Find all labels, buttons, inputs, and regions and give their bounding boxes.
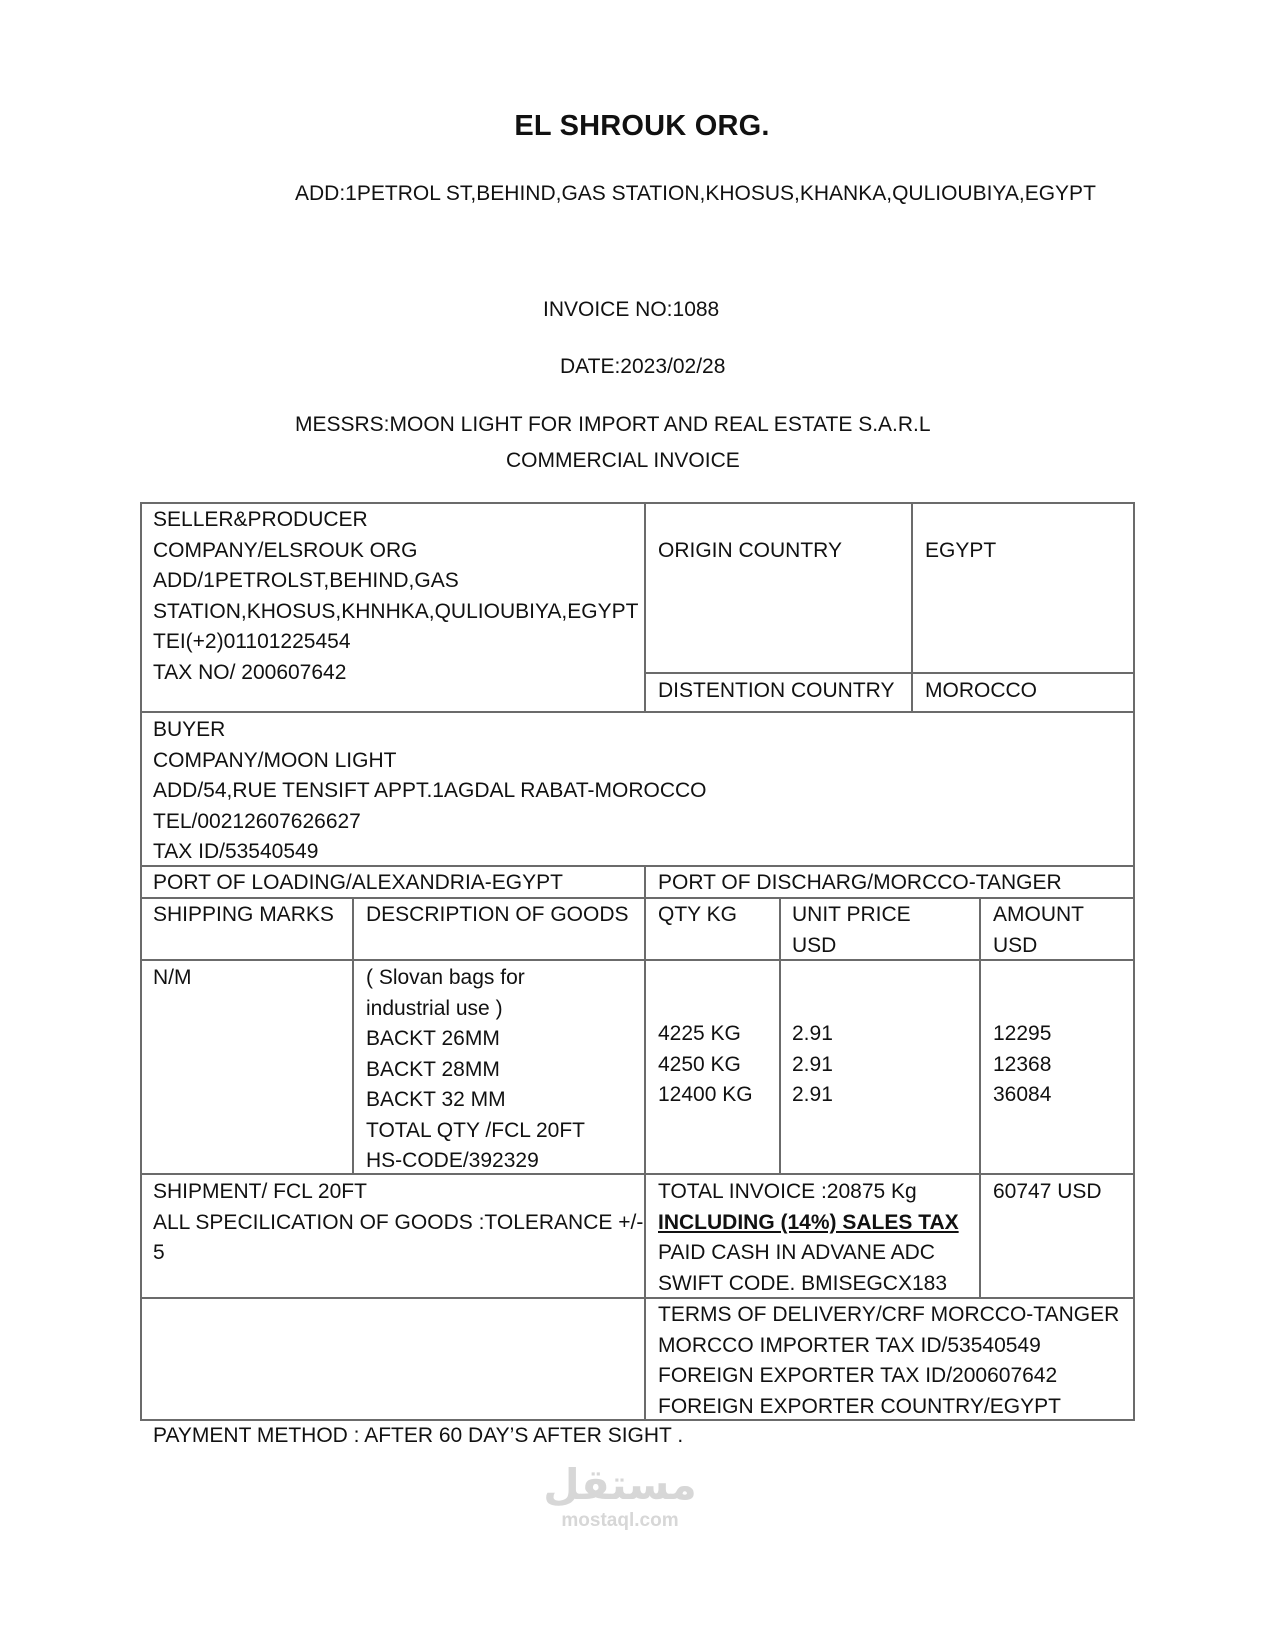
document-type: COMMERCIAL INVOICE (506, 449, 740, 473)
watermark-logo: مستقل (540, 1460, 700, 1510)
description-line: BACKT 26MM (366, 1024, 585, 1055)
shipment-block: SHIPMENT/ FCL 20FT ALL SPECILICATION OF … (153, 1177, 643, 1269)
table-divider (911, 502, 913, 713)
qty-value: 12400 KG (658, 1080, 753, 1111)
header-amount-line: USD (993, 931, 1084, 962)
header-amount: AMOUNT USD (993, 900, 1084, 961)
seller-line: TEI(+2)01101225454 (153, 627, 638, 658)
unit-price-value: 2.91 (792, 1050, 833, 1081)
qty-value: 4250 KG (658, 1050, 753, 1081)
company-title: EL SHROUK ORG. (0, 110, 1284, 143)
amount-value: 36084 (993, 1080, 1051, 1111)
messrs-line: MESSRS:MOON LIGHT FOR IMPORT AND REAL ES… (295, 413, 931, 437)
terms-line: TERMS OF DELIVERY/CRF MORCCO-TANGER (658, 1300, 1119, 1331)
terms-block: TERMS OF DELIVERY/CRF MORCCO-TANGER MORC… (658, 1300, 1119, 1422)
terms-line: MORCCO IMPORTER TAX ID/53540549 (658, 1331, 1119, 1362)
port-of-discharge: PORT OF DISCHARG/MORCCO-TANGER (658, 868, 1062, 899)
table-divider (140, 1297, 1135, 1299)
origin-country-value: EGYPT (925, 536, 996, 567)
seller-line: STATION,KHOSUS,KHNHKA,QULIOUBIYA,EGYPT (153, 597, 638, 628)
header-amount-line: AMOUNT (993, 900, 1084, 931)
buyer-line: TAX ID/53540549 (153, 837, 707, 868)
header-description: DESCRIPTION OF GOODS (366, 900, 629, 931)
buyer-block: BUYER COMPANY/MOON LIGHT ADD/54,RUE TENS… (153, 715, 707, 868)
payment-method: PAYMENT METHOD : AFTER 60 DAY’S AFTER SI… (153, 1424, 683, 1448)
shipping-marks-value: N/M (153, 963, 192, 994)
table-divider (644, 865, 646, 1421)
total-invoice-block: TOTAL INVOICE :20875 Kg INCLUDING (14%) … (658, 1177, 959, 1299)
qty-column: 4225 KG 4250 KG 12400 KG (658, 1019, 753, 1111)
company-address: ADD:1PETROL ST,BEHIND,GAS STATION,KHOSUS… (295, 182, 1096, 206)
seller-line: SELLER&PRODUCER (153, 505, 638, 536)
swift-code: SWIFT CODE. BMISEGCX183 (658, 1269, 959, 1300)
description-block: ( Slovan bags for industrial use ) BACKT… (366, 963, 585, 1177)
table-divider (140, 959, 1135, 961)
header-unit-price-line: UNIT PRICE (792, 900, 911, 931)
description-line: industrial use ) (366, 994, 585, 1025)
watermark: مستقل mostaql.com (540, 1460, 700, 1532)
table-divider (645, 672, 1135, 674)
watermark-url: mostaql.com (540, 1510, 700, 1532)
header-shipping-marks: SHIPPING MARKS (153, 900, 334, 931)
description-line: HS-CODE/392329 (366, 1146, 585, 1177)
seller-line: ADD/1PETROLST,BEHIND,GAS (153, 566, 638, 597)
destination-country-label: DISTENTION COUNTRY (658, 676, 894, 707)
table-divider (779, 897, 781, 1175)
shipment-line: 5 (153, 1238, 643, 1269)
buyer-line: TEL/00212607626627 (153, 807, 707, 838)
invoice-date: DATE:2023/02/28 (560, 355, 725, 379)
terms-line: FOREIGN EXPORTER TAX ID/200607642 (658, 1361, 1119, 1392)
table-divider (979, 897, 981, 1299)
header-unit-price-line: USD (792, 931, 911, 962)
shipment-line: SHIPMENT/ FCL 20FT (153, 1177, 643, 1208)
amount-column: 12295 12368 36084 (993, 1019, 1051, 1111)
sales-tax-note: INCLUDING (14%) SALES TAX (658, 1208, 959, 1239)
buyer-line: ADD/54,RUE TENSIFT APPT.1AGDAL RABAT-MOR… (153, 776, 707, 807)
seller-line: COMPANY/ELSROUK ORG (153, 536, 638, 567)
table-divider (140, 711, 1135, 713)
total-amount: 60747 USD (993, 1177, 1102, 1208)
buyer-line: BUYER (153, 715, 707, 746)
header-qty: QTY KG (658, 900, 737, 931)
terms-line: FOREIGN EXPORTER COUNTRY/EGYPT (658, 1392, 1119, 1423)
buyer-line: COMPANY/MOON LIGHT (153, 746, 707, 777)
table-border-left (140, 502, 142, 1421)
table-divider (352, 897, 354, 1175)
seller-line: TAX NO/ 200607642 (153, 658, 638, 689)
origin-country-label: ORIGIN COUNTRY (658, 536, 842, 567)
description-line: TOTAL QTY /FCL 20FT (366, 1116, 585, 1147)
description-line: ( Slovan bags for (366, 963, 585, 994)
payment-note: PAID CASH IN ADVANE ADC (658, 1238, 959, 1269)
destination-country-value: MOROCCO (925, 676, 1037, 707)
amount-value: 12295 (993, 1019, 1051, 1050)
table-border-top (140, 502, 1135, 504)
qty-value: 4225 KG (658, 1019, 753, 1050)
header-unit-price: UNIT PRICE USD (792, 900, 911, 961)
unit-price-value: 2.91 (792, 1080, 833, 1111)
description-line: BACKT 32 MM (366, 1085, 585, 1116)
invoice-number: INVOICE NO:1088 (543, 298, 719, 322)
unit-price-value: 2.91 (792, 1019, 833, 1050)
amount-value: 12368 (993, 1050, 1051, 1081)
seller-block: SELLER&PRODUCER COMPANY/ELSROUK ORG ADD/… (153, 505, 638, 688)
table-divider (140, 1173, 1135, 1175)
shipment-line: ALL SPECILICATION OF GOODS :TOLERANCE +/… (153, 1208, 643, 1239)
description-line: BACKT 28MM (366, 1055, 585, 1086)
table-divider (644, 502, 646, 713)
unit-price-column: 2.91 2.91 2.91 (792, 1019, 833, 1111)
table-border-right (1133, 502, 1135, 1421)
total-invoice-weight: TOTAL INVOICE :20875 Kg (658, 1177, 959, 1208)
port-of-loading: PORT OF LOADING/ALEXANDRIA-EGYPT (153, 868, 563, 899)
